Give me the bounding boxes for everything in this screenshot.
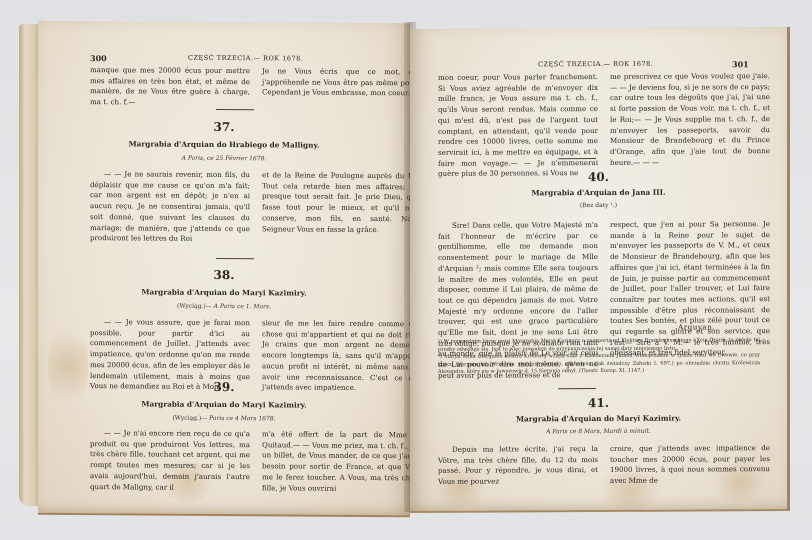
column-text: manque que mes 20000 écus pour mettre me…	[90, 65, 250, 109]
footnotes: ¹) W poprzednim liście prosi Margrabia M…	[438, 337, 760, 377]
column-text: croire, que j'attends avec impatience de…	[610, 443, 770, 487]
letter-41: 41. Margrabia d'Arquian do Maryi Kazimir…	[410, 27, 787, 29]
letter-heading: Margrabia d'Arquian do Maryi Kazimiry.	[38, 287, 410, 299]
section-rule	[216, 109, 254, 110]
letter-40: 40. Margrabia d'Arquian do Jana III. (Be…	[410, 27, 787, 29]
right-page: CZĘŚĆ TRZECIA.— ROK 1678. 301 mon coeur,…	[410, 27, 790, 513]
letter-dateline: (Wyciąg.)— A Paris ce 1. Mars.	[38, 302, 410, 312]
letter-39: 39. Margrabia d'Arquian do Maryi Kazimir…	[38, 21, 410, 24]
continuation-text: mon coeur, pour Vous parler franchement.…	[438, 71, 770, 180]
column-text: Je ne Vous écris que ce mot, que j'appré…	[262, 66, 422, 99]
letter-number: 40.	[410, 169, 787, 185]
left-page: 300 CZĘŚĆ TRZECIA.— ROK 1678. manque que…	[38, 21, 410, 518]
letter-number: 39.	[38, 379, 410, 396]
letter-dateline: A Paris ce 8 Mars, Mardi à minuit.	[410, 427, 787, 436]
signature: Arquyan.	[678, 322, 715, 331]
section-rule	[558, 158, 596, 159]
column-text: mon coeur, pour Vous parler franchement.…	[438, 72, 598, 180]
letter-37: 37. Margrabia d'Arquian do Hrabiego de M…	[38, 21, 410, 24]
page-number: 301	[732, 59, 749, 69]
letter-body: Depuis ma lettre écrite, j'ai reçu la Vô…	[438, 443, 770, 488]
letter-heading: Margrabia d'Arquian do Jana III.	[410, 187, 787, 198]
letter-dateline: (Wyciąg.)— Paris ce 4 Mars 1678.	[38, 414, 410, 424]
letter-38: 38. Margrabia d'Arquian do Maryi Kazimir…	[38, 21, 410, 24]
letter-heading: Margrabia d'Arquian do Maryi Kazimiry.	[38, 399, 410, 411]
letter-number: 37.	[38, 119, 410, 136]
column-text: m'a été offert de la part de Mme de Quit…	[262, 429, 422, 494]
column-text: et de la Reine de Poulogne auprès du Roi…	[262, 170, 422, 235]
letter-heading: Margrabia d'Arquian do Maryi Kazimiry.	[410, 413, 787, 424]
running-head: CZĘŚĆ TRZECIA.— ROK 1678.	[188, 54, 303, 63]
letter-dateline: (Bez daty ¹.)	[410, 201, 787, 210]
column-text: me prescrivez ce que Vous voulez que j'a…	[610, 71, 770, 168]
letter-dateline: A Paris, ce 25 Février 1678.	[38, 154, 410, 164]
letter-heading: Margrabia d'Arquian do Hrabiego de Malli…	[38, 139, 410, 151]
continuation-text: manque que mes 20000 écus pour mettre me…	[90, 65, 422, 110]
section-rule	[558, 388, 596, 389]
open-book: 300 CZĘŚĆ TRZECIA.— ROK 1678. manque que…	[0, 0, 812, 540]
letter-body: — — Je ne saurais revenir, mon fils, du …	[90, 169, 422, 246]
footnote: ²) Marya Anna d'Arquien siostra Królowej…	[438, 352, 760, 376]
letter-number: 38.	[38, 267, 410, 284]
column-text: Depuis ma lettre écrite, j'ai reçu la Vô…	[438, 444, 598, 488]
page-number: 300	[90, 53, 107, 63]
column-text: — — Je ne saurais revenir, mon fils, du …	[90, 169, 250, 245]
letter-number: 41.	[410, 395, 787, 411]
column-text: — — Je n'ai encore rien reçu de ce qu'a …	[90, 428, 250, 493]
section-rule	[216, 258, 254, 259]
running-head: CZĘŚĆ TRZECIA.— ROK 1678.	[538, 60, 653, 69]
letter-body: — — Je n'ai encore rien reçu de ce qu'a …	[90, 428, 422, 495]
